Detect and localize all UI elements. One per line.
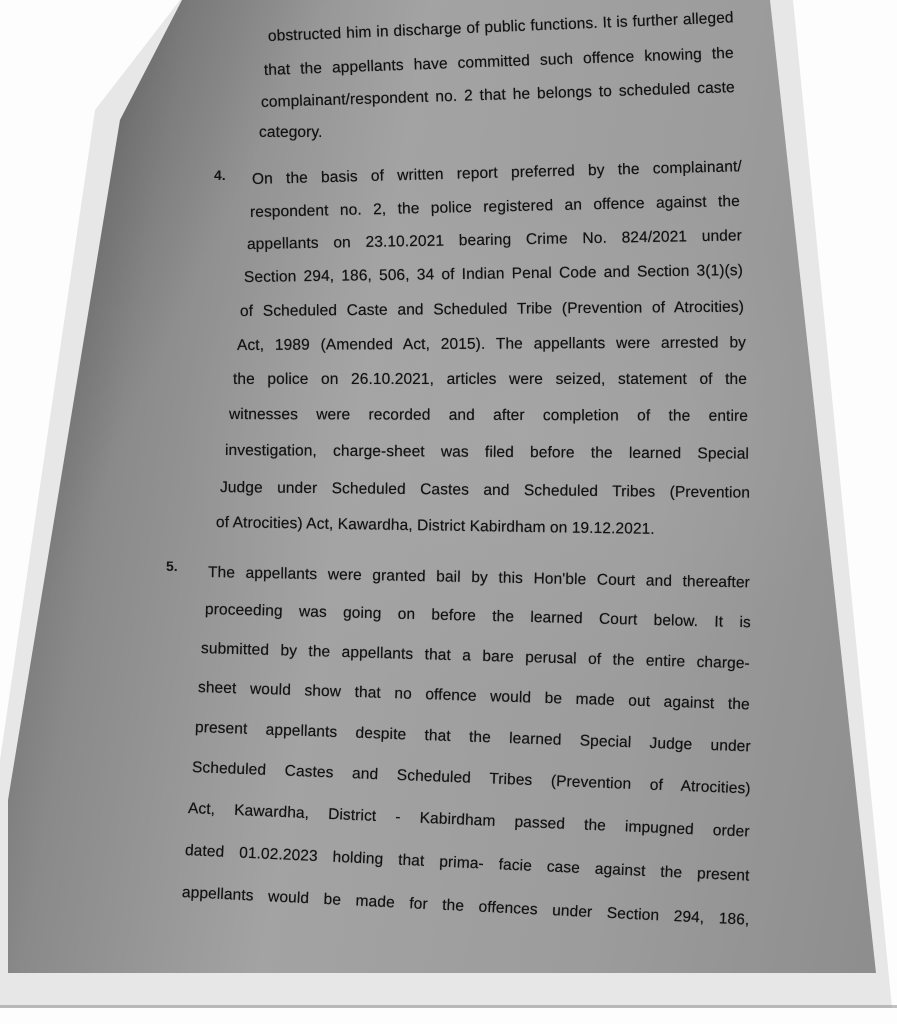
paragraph-line: present appellants despite that the lear… xyxy=(195,719,751,756)
paragraph-line: dated 01.02.2023 holding that prima- fac… xyxy=(185,842,750,886)
paragraph-line: submitted by the appellants that a bare … xyxy=(201,640,750,673)
continuation-line: that the appellants have committed such … xyxy=(264,45,734,80)
continuation-line: obstructed him in discharge of public fu… xyxy=(268,9,734,46)
paragraph-line: proceeding was going on before the learn… xyxy=(205,601,751,632)
paragraph-line: of Scheduled Caste and Scheduled Tribe (… xyxy=(240,299,744,321)
continuation-line: category. xyxy=(259,124,323,142)
paragraph-line: Judge under Scheduled Castes and Schedul… xyxy=(220,479,750,503)
paragraph-line: sheet would show that no offence would b… xyxy=(198,679,750,714)
paragraph-line: appellants on 23.10.2021 bearing Crime N… xyxy=(247,227,742,254)
paragraph-number: 4. xyxy=(214,167,226,183)
paragraph-line: Section 294, 186, 506, 34 of Indian Pena… xyxy=(244,262,743,287)
document-text: obstructed him in discharge of public fu… xyxy=(0,0,897,1024)
continuation-line: complainant/respondent no. 2 that he bel… xyxy=(261,79,735,112)
paragraph-line: the police on 26.10.2021, articles were … xyxy=(233,371,747,389)
paragraph-line: of Atrocities) Act, Kawardha, District K… xyxy=(216,514,655,539)
photo-stage: obstructed him in discharge of public fu… xyxy=(0,0,897,1024)
paragraph-line: investigation, charge-sheet was filed be… xyxy=(225,442,749,464)
paragraph-line: On the basis of written report preferred… xyxy=(252,158,742,189)
paragraph-number: 5. xyxy=(166,558,178,574)
paragraph-line: The appellants were granted bail by this… xyxy=(208,564,750,592)
paragraph-line: Act, 1989 (Amended Act, 2015). The appel… xyxy=(237,334,746,355)
paragraph-line: Scheduled Castes and Scheduled Tribes (P… xyxy=(192,759,751,798)
paragraph-line: Act, Kawardha, District - Kabirdham pass… xyxy=(188,800,750,842)
paragraph-line: witnesses were recorded and after comple… xyxy=(229,406,748,426)
paragraph-line: appellants would be made for the offence… xyxy=(182,884,750,930)
paragraph-line: respondent no. 2, the police registered … xyxy=(250,193,740,222)
